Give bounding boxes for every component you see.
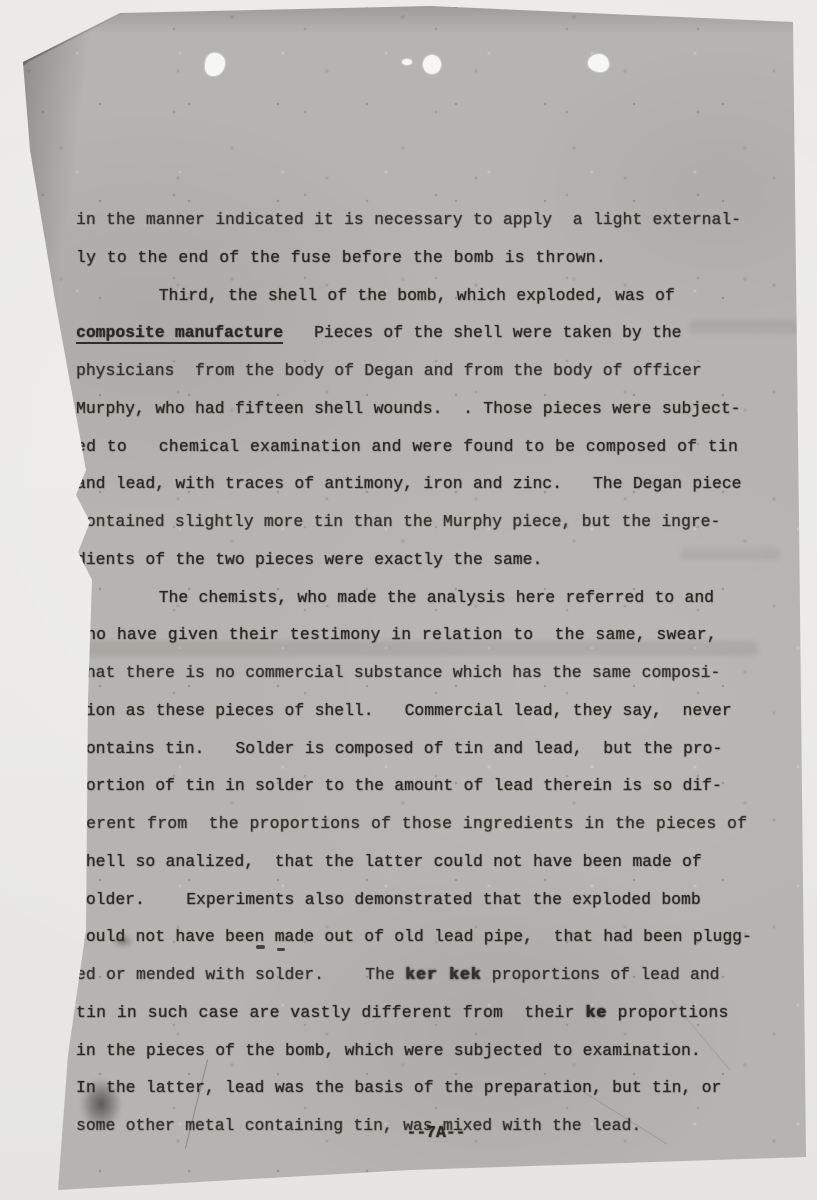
text-segment: In the latter, lead was the basis of the… bbox=[76, 1078, 721, 1097]
struck-out-text: ker kek bbox=[405, 965, 481, 984]
text-line: shell so analized, that the latter could… bbox=[76, 843, 760, 881]
text-segment: portion of tin in solder to the amount o… bbox=[76, 776, 722, 795]
text-segment: that there is no commercial substance wh… bbox=[76, 663, 720, 682]
text-segment: in the manner indicated it is necessary … bbox=[76, 210, 741, 229]
text-line: and lead, with traces of antimony, iron … bbox=[76, 465, 760, 503]
text-segment: proportions bbox=[607, 1003, 729, 1022]
text-segment: physicians from the body of Degan and fr… bbox=[76, 361, 702, 380]
page-number: --7A-- bbox=[94, 1118, 778, 1148]
text-line: The chemists, who made the analysis here… bbox=[76, 579, 760, 617]
text-line: tin in such case are vastly different fr… bbox=[76, 994, 760, 1032]
struck-out-text: ke bbox=[585, 1003, 607, 1022]
text-segment: tin in such case are vastly different fr… bbox=[76, 1003, 585, 1022]
text-line: physicians from the body of Degan and fr… bbox=[76, 352, 760, 390]
text-segment: in the pieces of the bomb, which were su… bbox=[76, 1041, 701, 1060]
typewritten-text: in the manner indicated it is necessary … bbox=[76, 201, 760, 1145]
text-line: contains tin. Solder is composed of tin … bbox=[76, 730, 760, 768]
punch-hole-left bbox=[205, 53, 225, 76]
punch-hole-right bbox=[588, 54, 609, 72]
paper-sheet: in the manner indicated it is necessary … bbox=[0, 0, 817, 1200]
text-segment: proportions of lead and bbox=[481, 965, 719, 984]
text-line: ed or mended with solder. The ker kek pr… bbox=[76, 956, 760, 994]
text-segment: ed to chemical examination and were foun… bbox=[76, 437, 738, 456]
text-segment: and lead, with traces of antimony, iron … bbox=[76, 474, 742, 493]
paper-corner-fold bbox=[0, 0, 175, 80]
punch-hole-center bbox=[423, 55, 441, 74]
text-segment: Pieces of the shell were taken by the bbox=[283, 323, 681, 342]
text-line: Third, the shell of the bomb, which expl… bbox=[76, 277, 760, 315]
text-line: that there is no commercial substance wh… bbox=[76, 654, 760, 692]
page-number-row: --7A-- bbox=[76, 1124, 760, 1148]
text-segment: who have given their testimony in relati… bbox=[76, 625, 717, 644]
text-line: dients of the two pieces were exactly th… bbox=[76, 541, 760, 579]
text-line: in the manner indicated it is necessary … bbox=[76, 201, 760, 239]
text-segment: solder. Experiments also demonstrated th… bbox=[76, 890, 701, 909]
text-line: In the latter, lead was the basis of the… bbox=[76, 1069, 760, 1107]
text-line: contained slightly more tin than the Mur… bbox=[76, 503, 760, 541]
text-segment: ed or mended with solder. The bbox=[76, 965, 405, 984]
text-segment: Third, the shell of the bomb, which expl… bbox=[76, 286, 675, 305]
text-line: Murphy, who had fifteen shell wounds. . … bbox=[76, 390, 760, 428]
document-scan: in the manner indicated it is necessary … bbox=[0, 0, 817, 1200]
underlined-phrase: composite manufacture bbox=[76, 323, 283, 344]
text-segment: contains tin. Solder is composed of tin … bbox=[76, 739, 722, 758]
punch-hole-fragment bbox=[402, 59, 412, 65]
text-line: ferent from the proportions of those ing… bbox=[76, 805, 760, 843]
text-line: tion as these pieces of shell. Commercia… bbox=[76, 692, 760, 730]
text-segment: shell so analized, that the latter could… bbox=[76, 852, 702, 871]
text-segment: ly to the end of the fuse before the bom… bbox=[76, 248, 606, 267]
text-line: ly to the end of the fuse before the bom… bbox=[76, 239, 760, 277]
text-segment: dients of the two pieces were exactly th… bbox=[76, 550, 542, 569]
text-segment: ferent from the proportions of those ing… bbox=[76, 814, 747, 833]
text-segment: contained slightly more tin than the Mur… bbox=[76, 512, 720, 531]
text-segment: tion as these pieces of shell. Commercia… bbox=[76, 701, 732, 720]
text-segment: could not have been made out of old lead… bbox=[76, 927, 752, 946]
text-line: in the pieces of the bomb, which were su… bbox=[76, 1032, 760, 1070]
text-segment: The chemists, who made the analysis here… bbox=[76, 588, 714, 607]
text-line: composite manufacture Pieces of the shel… bbox=[76, 314, 760, 352]
text-segment: Murphy, who had fifteen shell wounds. . … bbox=[76, 399, 741, 418]
text-line: could not have been made out of old lead… bbox=[76, 918, 760, 956]
text-line: solder. Experiments also demonstrated th… bbox=[76, 881, 760, 919]
text-line: portion of tin in solder to the amount o… bbox=[76, 767, 760, 805]
text-line: ed to chemical examination and were foun… bbox=[76, 428, 760, 466]
text-line: who have given their testimony in relati… bbox=[76, 616, 760, 654]
